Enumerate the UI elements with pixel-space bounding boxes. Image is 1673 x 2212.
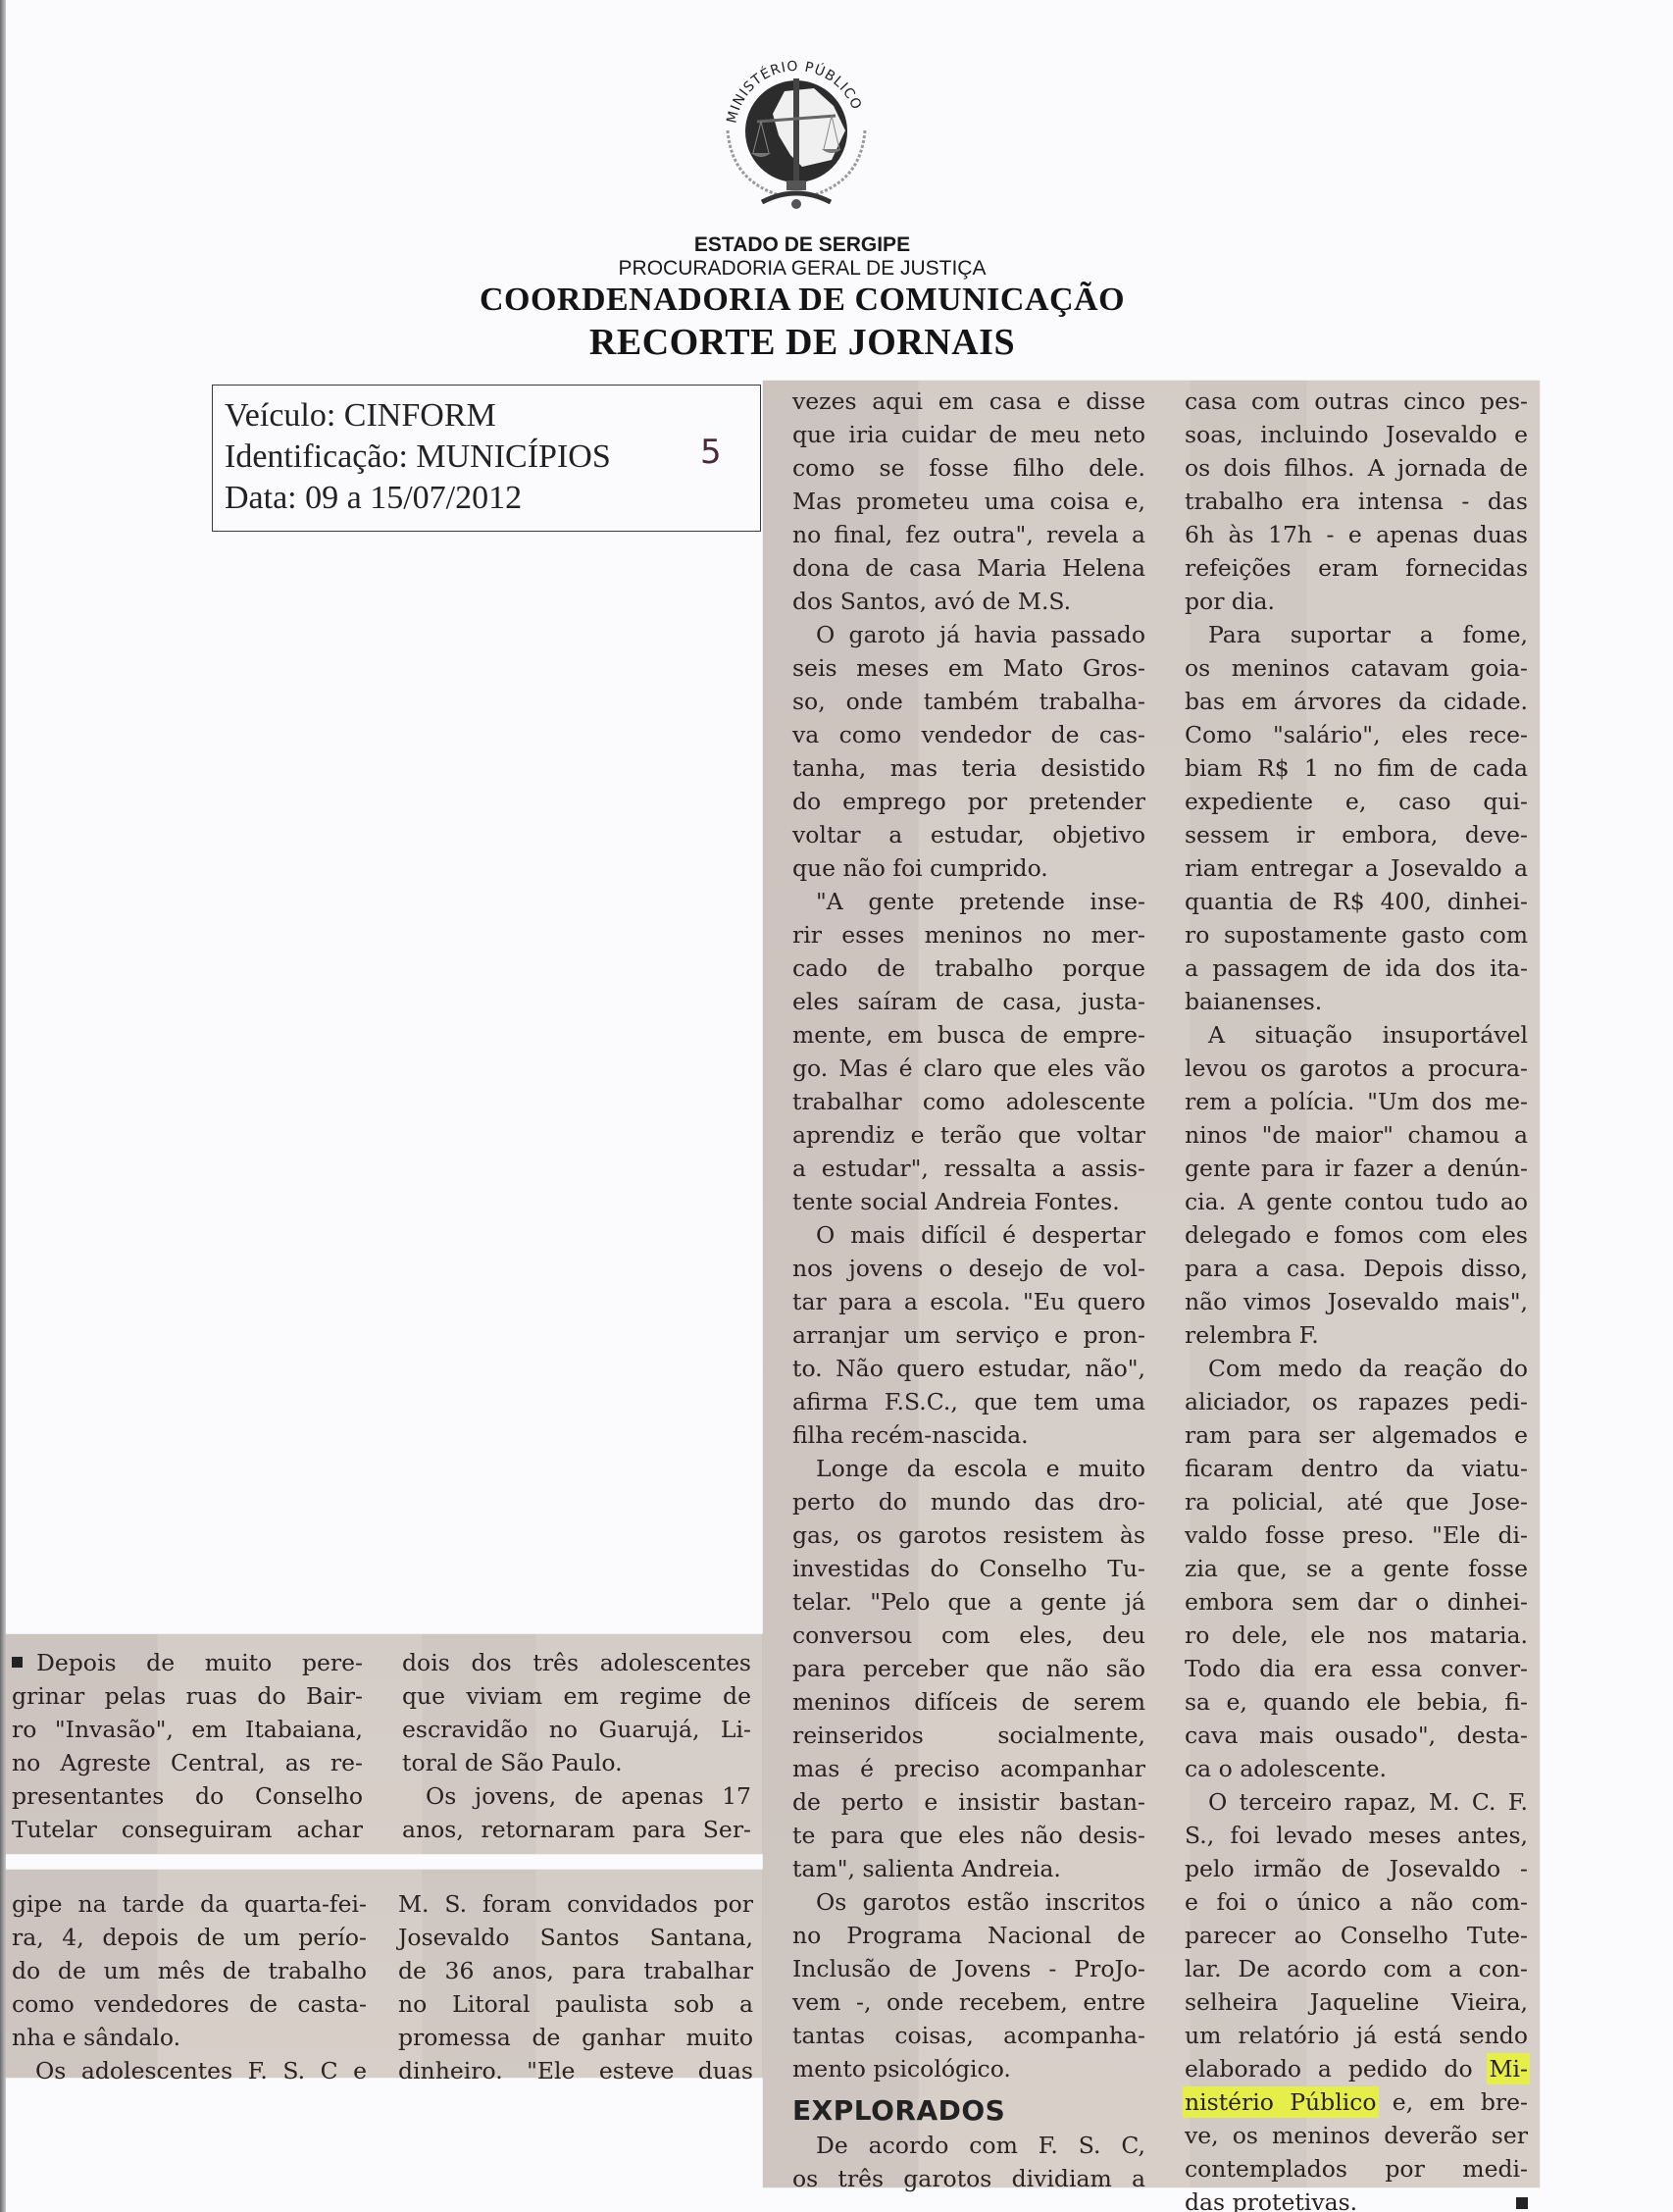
ministerio-publico-seal-icon: MINISTÉRIO PÚBLICO (708, 37, 885, 214)
text-line: aliciador, os rapazes pedi- (1185, 1385, 1528, 1418)
text-line: ro "Invasão", em Itabaiana, (12, 1713, 363, 1746)
text-line: conversou com eles, deu (792, 1619, 1145, 1652)
text-line: selheira Jaqueline Vieira, (1185, 1985, 1528, 2019)
text-line: vezes aqui em casa e disse (792, 385, 1145, 418)
text-line: expediente e, caso qui- (1185, 785, 1528, 818)
text-line: tanha, mas teria desistido (792, 751, 1145, 785)
text-line: va como vendedor de cas- (792, 718, 1145, 751)
text-line: S., foi levado meses antes, (1185, 1819, 1528, 1852)
text-line: Tutelar conseguiram achar (12, 1813, 363, 1846)
text-line: cava mais ousado", desta- (1185, 1719, 1528, 1752)
text-line: trabalhar como adolescente (792, 1085, 1145, 1118)
text-line: ficaram dentro da viatu- (1185, 1452, 1528, 1485)
text-line: contemplados por medi- (1185, 2152, 1528, 2186)
text-line: refeições eram fornecidas (1185, 551, 1528, 585)
text-line: ram para ser algemados e (1185, 1418, 1528, 1452)
text-line: eles saíram de casa, justa- (792, 985, 1145, 1018)
text-line: Depois de muito pere- (12, 1646, 363, 1679)
text-line: Todo dia era essa conver- (1185, 1652, 1528, 1685)
clipping-continuation: gipe na tarde da quarta-fei-ra, 4, depoi… (6, 1870, 763, 2078)
text-line: baianenses. (1185, 985, 1528, 1018)
text-line: delegado e fomos com eles (1185, 1218, 1528, 1252)
text-line: Com medo da reação do (1185, 1352, 1528, 1385)
text-line: biam R$ 1 no fim de cada (1185, 751, 1528, 785)
text-line: elaborado a pedido do Mi- (1185, 2052, 1528, 2085)
text-line: tar para a escola. "Eu quero (792, 1285, 1145, 1318)
text-line: filha recém-nascida. (792, 1418, 1145, 1452)
text-line: Josevaldo Santos Santana, (398, 1921, 753, 1954)
text-line: para a casa. Depois disso, (1185, 1252, 1528, 1285)
header-state: ESTADO DE SERGIPE (312, 233, 1293, 257)
text-line: rir esses meninos no mer- (792, 918, 1145, 952)
text-line: arranjar um serviço e pron- (792, 1318, 1145, 1352)
text-line: promessa de ganhar muito (398, 2021, 753, 2054)
text-line: rem a polícia. "Um dos me- (1185, 1085, 1528, 1118)
main-column-1: vezes aqui em casa e disseque iria cuida… (792, 385, 1145, 2195)
text-line: ro dele, ele nos mataria. (1185, 1619, 1528, 1652)
subheading-explorados: EXPLORADOS (792, 2093, 1145, 2129)
text-line: nos jovens o desejo de vol- (792, 1252, 1145, 1285)
text-line: dois dos três adolescentes (402, 1646, 751, 1679)
text-line: por dia. (1185, 585, 1528, 618)
text-line: das protetivas. (1185, 2186, 1528, 2212)
end-of-article-square-icon (1516, 2197, 1528, 2209)
text-line: Para suportar a fome, (1185, 618, 1528, 651)
text-line: gas, os garotos resistem às (792, 1518, 1145, 1552)
text-line: grinar pelas ruas do Bair- (12, 1679, 363, 1713)
text-line: te para que eles não desis- (792, 1819, 1145, 1852)
text-line: reinseridos socialmente, (792, 1719, 1145, 1752)
continuation-column-2: M. S. foram convidados porJosevaldo Sant… (398, 1887, 753, 2087)
clipping-main-article: vezes aqui em casa e disseque iria cuida… (763, 381, 1540, 2187)
text-line: casa com outras cinco pes- (1185, 385, 1528, 418)
text-line: presentantes do Conselho (12, 1779, 363, 1813)
text-line: ve, os meninos deverão ser (1185, 2119, 1528, 2152)
text-line: O mais difícil é despertar (792, 1218, 1145, 1252)
text-line: tente social Andreia Fontes. (792, 1185, 1145, 1218)
text-line: ninos "de maior" chamou a (1185, 1118, 1528, 1152)
text-line: os três garotos dividiam a (792, 2162, 1145, 2195)
text-line: escravidão no Guarujá, Li- (402, 1713, 751, 1746)
text-line: lar. De acordo com a con- (1185, 1952, 1528, 1985)
intro-column-1: Depois de muito pere-grinar pelas ruas d… (12, 1646, 363, 1846)
text-line: anos, retornaram para Ser- (402, 1813, 751, 1846)
text-line: De acordo com F. S. C, (792, 2129, 1145, 2162)
text-line: cado de trabalho porque (792, 952, 1145, 985)
text-line: parecer ao Conselho Tute- (1185, 1919, 1528, 1952)
header-department: COORDENADORIA DE COMUNICAÇÃO (312, 282, 1293, 319)
text-line: soas, incluindo Josevaldo e (1185, 418, 1528, 451)
text-line: O garoto já havia passado (792, 618, 1145, 651)
text-line: no Litoral paulista sob a (398, 1987, 753, 2021)
text-line: mas é preciso acompanhar (792, 1752, 1145, 1785)
text-line: mento psicológico. (792, 2052, 1145, 2085)
text-line: pelo irmão de Josevaldo - (1185, 1852, 1528, 1885)
text-line: Longe da escola e muito (792, 1452, 1145, 1485)
document-title: RECORTE DE JORNAIS (312, 321, 1293, 364)
clipping-info-box: Veículo: CINFORM Identificação: MUNICÍPI… (212, 385, 761, 532)
text-line: não vimos Josevaldo mais", (1185, 1285, 1528, 1318)
highlighted-text: Mi- (1489, 2055, 1528, 2083)
text-line: do emprego por pretender (792, 785, 1145, 818)
text-line: levou os garotos a procura- (1185, 1052, 1528, 1085)
text-line: no Programa Nacional de (792, 1919, 1145, 1952)
text-line: gipe na tarde da quarta-fei- (12, 1887, 367, 1921)
text-line: Os garotos estão inscritos (792, 1885, 1145, 1919)
text-line: zia que, se a gente fosse (1185, 1552, 1528, 1585)
text-line: trabalho era intensa - das (1185, 485, 1528, 518)
text-line: Os adolescentes F. S. C e (12, 2054, 367, 2087)
handwritten-page-number: 5 (700, 432, 722, 473)
text-line: gente para ir fazer a denún- (1185, 1152, 1528, 1185)
text-line: relembra F. (1185, 1318, 1528, 1352)
text-line: um relatório já está sendo (1185, 2019, 1528, 2052)
text-line: afirma F.S.C., que tem uma (792, 1385, 1145, 1418)
text-line: bas em árvores da cidade. (1185, 685, 1528, 718)
text-line: to. Não quero estudar, não", (792, 1352, 1145, 1385)
text-line: go. Mas é claro que eles vão (792, 1052, 1145, 1085)
text-line: perto do mundo das dro- (792, 1485, 1145, 1518)
text-line: de perto e insistir bastan- (792, 1785, 1145, 1819)
text-line: cia. A gente contou tudo ao (1185, 1185, 1528, 1218)
header-agency: PROCURADORIA GERAL DE JUSTIÇA (312, 257, 1293, 281)
text-line: voltar a estudar, objetivo (792, 818, 1145, 851)
text-line: e foi o único a não com- (1185, 1885, 1528, 1919)
text-line: de 36 anos, para trabalhar (398, 1954, 753, 1987)
text-line: para perceber que não são (792, 1652, 1145, 1685)
text-line: "A gente pretende inse- (792, 885, 1145, 918)
continuation-column-1: gipe na tarde da quarta-fei-ra, 4, depoi… (12, 1887, 367, 2087)
text-line: riam entregar a Josevaldo a (1185, 851, 1528, 885)
text-line: ra policial, até que Jose- (1185, 1485, 1528, 1518)
text-line: M. S. foram convidados por (398, 1887, 753, 1921)
text-line: nistério Público e, em bre- (1185, 2085, 1528, 2119)
highlighted-text: nistério Público (1185, 2088, 1377, 2116)
text-line: sa e, quando ele bebia, fi- (1185, 1685, 1528, 1719)
text-line: vem -, onde recebem, entre (792, 1985, 1145, 2019)
text-line: Inclusão de Jovens - ProJo- (792, 1952, 1145, 1985)
text-line: tantas coisas, acompanha- (792, 2019, 1145, 2052)
intro-column-2: dois dos três adolescentesque viviam em … (402, 1646, 751, 1846)
text-line: Como "salário", eles rece- (1185, 718, 1528, 751)
date-label: Data: 09 a 15/07/2012 (225, 478, 760, 519)
text-line: no Agreste Central, as re- (12, 1746, 363, 1779)
text-line: toral de São Paulo. (402, 1746, 751, 1779)
text-line: ca o adolescente. (1185, 1752, 1528, 1785)
text-line: mente, em busca de empre- (792, 1018, 1145, 1052)
text-line: que não foi cumprido. (792, 851, 1145, 885)
text-line: como vendedores de casta- (12, 1987, 367, 2021)
text-line: sessem ir embora, deve- (1185, 818, 1528, 851)
text-line: do de um mês de trabalho (12, 1954, 367, 1987)
text-line: dinheiro. "Ele esteve duas (398, 2054, 753, 2087)
text-line: embora sem dar o dinhei- (1185, 1585, 1528, 1619)
text-line: investidas do Conselho Tu- (792, 1552, 1145, 1585)
text-line: como se fosse filho dele. (792, 451, 1145, 485)
text-line: que viviam em regime de (402, 1679, 751, 1713)
vehicle-label: Veículo: CINFORM (225, 395, 760, 437)
identification-label: Identificação: MUNICÍPIOS (225, 437, 760, 478)
text-line: meninos difíceis de serem (792, 1685, 1145, 1719)
text-line: ra, 4, depois de um perío- (12, 1921, 367, 1954)
clipping-intro: Depois de muito pere-grinar pelas ruas d… (6, 1634, 763, 1854)
text-line: valdo fosse preso. "Ele di- (1185, 1518, 1528, 1552)
text-line: seis meses em Mato Gros- (792, 651, 1145, 685)
text-line: no final, fez outra", revela a (792, 518, 1145, 551)
text-line: 6h às 17h - e apenas duas (1185, 518, 1528, 551)
text-line: a estudar", ressalta a assis- (792, 1152, 1145, 1185)
text-line: tam", salienta Andreia. (792, 1852, 1145, 1885)
text-line: Mas prometeu uma coisa e, (792, 485, 1145, 518)
text-line: quantia de R$ 400, dinhei- (1185, 885, 1528, 918)
text-line: os dois filhos. A jornada de (1185, 451, 1528, 485)
text-line: que iria cuidar de meu neto (792, 418, 1145, 451)
bullet-square-icon (12, 1657, 23, 1668)
text-line: dona de casa Maria Helena (792, 551, 1145, 585)
text-line: O terceiro rapaz, M. C. F. (1185, 1785, 1528, 1819)
text-line: dos Santos, avó de M.S. (792, 585, 1145, 618)
text-line: so, onde também trabalha- (792, 685, 1145, 718)
text-line: telar. "Pelo que a gente já (792, 1585, 1145, 1619)
text-line: aprendiz e terão que voltar (792, 1118, 1145, 1152)
main-column-2: casa com outras cinco pes-soas, incluind… (1185, 385, 1528, 2212)
text-line: Os jovens, de apenas 17 (402, 1779, 751, 1813)
text-line: a passagem de ida dos ita- (1185, 952, 1528, 985)
text-line: A situação insuportável (1185, 1018, 1528, 1052)
text-line: os meninos catavam goia- (1185, 651, 1528, 685)
text-line: nha e sândalo. (12, 2021, 367, 2054)
text-line: ro supostamente gasto com (1185, 918, 1528, 952)
